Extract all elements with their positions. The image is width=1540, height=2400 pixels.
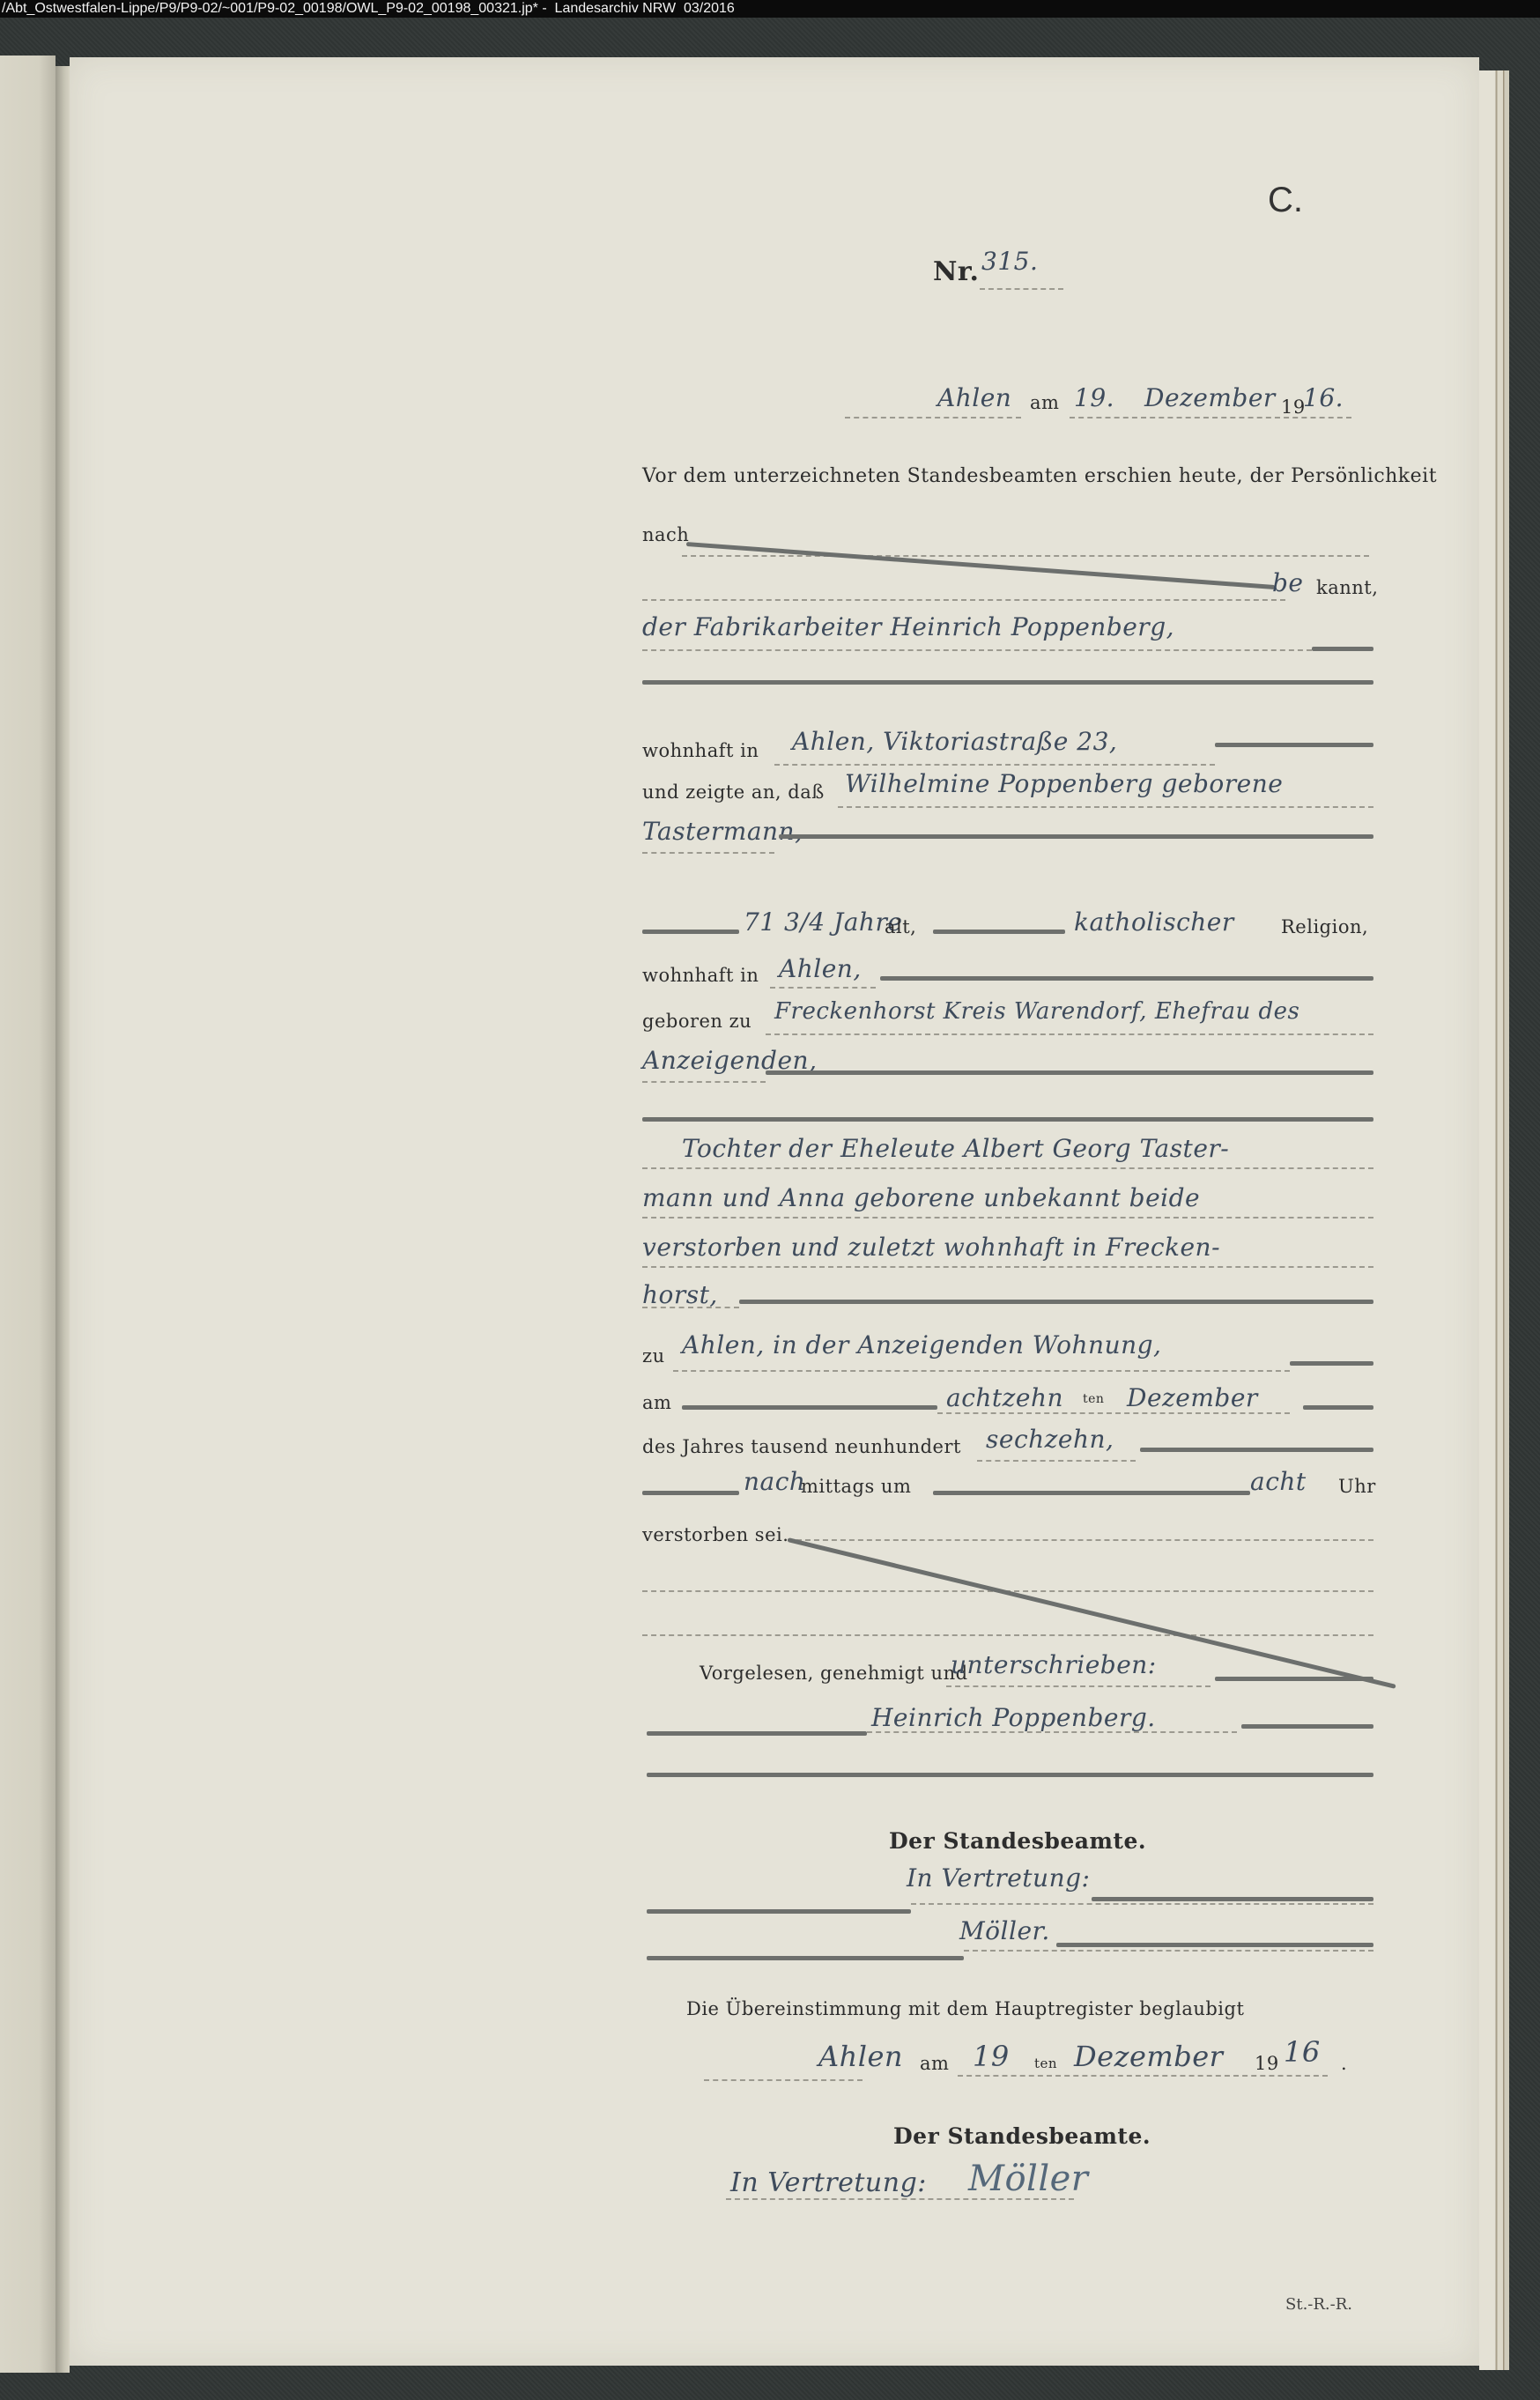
cert-year-suffix: 16 xyxy=(1284,2035,1321,2069)
parents-line3: verstorben und zuletzt wohnhaft in Freck… xyxy=(642,1233,1220,1262)
am2-label: am xyxy=(642,1392,671,1413)
cert-month: Dezember xyxy=(1074,2040,1223,2073)
cert-year-prefix: 19 xyxy=(1255,2053,1279,2074)
official-signature: Möller. xyxy=(959,1916,1050,1945)
fill-line xyxy=(682,1405,937,1410)
book-gutter xyxy=(56,66,70,2373)
fill-line xyxy=(1312,647,1373,651)
death-record-form: Nr. 315. Ahlen am 19. Dezember 19 16. Vo… xyxy=(633,57,1373,2366)
dotted-line xyxy=(642,1634,1373,1636)
dotted-line xyxy=(788,1539,1373,1541)
form-code: St.-R.-R. xyxy=(1285,2295,1352,2314)
zeigte-an-label: und zeigte an, daß xyxy=(642,781,825,803)
fill-line xyxy=(642,680,1373,685)
vertretung: In Vertretung: xyxy=(907,1863,1090,1893)
age-hand: 71 3/4 Jahre xyxy=(744,907,902,937)
dotted-line xyxy=(766,1033,1373,1035)
cert-ten: ten xyxy=(1034,2056,1057,2071)
vertretung2: In Vertretung: xyxy=(730,2167,927,2198)
parents-line4: horst, xyxy=(642,1280,718,1309)
fill-line xyxy=(647,1909,911,1914)
page-stack-edge xyxy=(1479,70,1509,2370)
dotted-line xyxy=(867,1731,1237,1733)
fill-line xyxy=(880,976,1373,981)
dotted-line xyxy=(642,1167,1373,1169)
strike-through-line xyxy=(686,542,1276,589)
dotted-line xyxy=(937,1412,1290,1414)
header-place: Ahlen xyxy=(937,383,1011,412)
certification-line: Die Übereinstimmung mit dem Hauptregiste… xyxy=(686,1998,1244,2019)
dotted-line xyxy=(704,2079,863,2081)
wohnhaft2-label: wohnhaft in xyxy=(642,965,759,986)
fill-line xyxy=(933,930,1065,934)
dotted-line xyxy=(770,987,876,989)
nach-label: nach xyxy=(642,524,689,545)
fill-line xyxy=(739,1300,1373,1304)
dotted-line xyxy=(642,1307,739,1308)
fill-line xyxy=(647,1956,964,1960)
dotted-line xyxy=(964,1950,1373,1952)
verstorben-label: verstorben sei. xyxy=(642,1524,789,1545)
alt-label: alt, xyxy=(885,916,916,937)
death-month: Dezember xyxy=(1127,1383,1258,1412)
intro-line: Vor dem unterzeichneten Standesbeamten e… xyxy=(642,465,1437,487)
religion-hand: katholischer xyxy=(1074,907,1234,937)
fill-line xyxy=(933,1491,1250,1495)
header-day: 19. xyxy=(1074,383,1114,412)
dotted-line xyxy=(726,2198,1074,2200)
bekannt-hand: be xyxy=(1272,568,1304,597)
bekannt-print: kannt, xyxy=(1316,577,1378,598)
am-label: am xyxy=(1030,392,1059,413)
fill-line xyxy=(1092,1897,1373,1901)
fill-line xyxy=(766,1070,1373,1075)
cert-place: Ahlen xyxy=(818,2040,903,2073)
fill-line xyxy=(1241,1724,1373,1729)
dotted-line xyxy=(642,649,1312,651)
dotted-line xyxy=(958,2075,1328,2077)
dotted-line xyxy=(642,852,774,854)
jahres-label: des Jahres tausend neunhundert xyxy=(642,1436,961,1457)
uhr-label: Uhr xyxy=(1338,1476,1376,1497)
dotted-line xyxy=(642,1081,766,1083)
dotted-line xyxy=(980,288,1063,290)
number-label: Nr. xyxy=(933,256,979,287)
dotted-line xyxy=(682,555,1369,557)
fill-line xyxy=(642,930,739,934)
informant-name: der Fabrikarbeiter Heinrich Poppenberg, xyxy=(642,612,1174,641)
zu-label: zu xyxy=(642,1345,665,1367)
death-place: Ahlen, in der Anzeigenden Wohnung, xyxy=(682,1330,1161,1359)
dotted-line xyxy=(977,1460,1136,1462)
fill-line xyxy=(1303,1405,1373,1410)
fill-line xyxy=(779,834,1373,839)
time-prefix: nach xyxy=(744,1467,805,1496)
informant-signature: Heinrich Poppenberg. xyxy=(871,1703,1156,1732)
fill-line xyxy=(642,1117,1373,1122)
dotted-line xyxy=(774,764,1215,766)
ten-suffix: ten xyxy=(1083,1392,1104,1406)
religion-label: Religion, xyxy=(1281,916,1368,937)
dotted-line xyxy=(642,599,1285,601)
informant-residence: Ahlen, Viktoriastraße 23, xyxy=(792,727,1117,756)
fill-line xyxy=(647,1731,867,1736)
dotted-line xyxy=(673,1370,1290,1372)
parents-line1: Tochter der Eheleute Albert Georg Taster… xyxy=(682,1134,1229,1163)
deceased-residence: Ahlen, xyxy=(779,954,862,983)
cert-period: . xyxy=(1341,2053,1347,2074)
fill-line xyxy=(1056,1943,1373,1947)
dotted-line xyxy=(946,1685,1211,1687)
fill-line xyxy=(642,1491,739,1495)
fill-line xyxy=(1215,1677,1373,1681)
dotted-line xyxy=(838,806,1373,808)
cert-am: am xyxy=(920,2053,949,2074)
birthplace-line1: Freckenhorst Kreis Warendorf, Ehefrau de… xyxy=(774,998,1299,1025)
record-number: 315. xyxy=(981,247,1038,276)
deceased-name-line1: Wilhelmine Poppenberg geborene xyxy=(845,769,1283,798)
standesbeamte-title2: Der Standesbeamte. xyxy=(893,2123,1151,2149)
dotted-line xyxy=(642,1217,1373,1219)
header-month: Dezember xyxy=(1144,383,1276,412)
dotted-line xyxy=(1070,417,1351,419)
unterschrieben-hand: unterschrieben: xyxy=(951,1650,1157,1679)
fill-line xyxy=(1290,1361,1373,1366)
geboren-label: geboren zu xyxy=(642,1011,751,1032)
cert-day: 19 xyxy=(973,2040,1010,2073)
official-signature2: Möller xyxy=(968,2159,1088,2199)
vorgelesen-label: Vorgelesen, genehmigt und xyxy=(700,1663,968,1684)
left-page-edge xyxy=(0,56,56,2373)
deceased-name-line2: Tastermann, xyxy=(642,817,803,846)
death-year: sechzehn, xyxy=(986,1425,1114,1454)
window-title-bar: /Abt_Ostwestfalen-Lippe/P9/P9-02/~001/P9… xyxy=(0,0,1540,18)
parents-line2: mann und Anna geborene unbekannt beide xyxy=(642,1183,1200,1212)
fill-line xyxy=(1140,1448,1373,1452)
fill-line xyxy=(1215,743,1373,747)
death-day: achtzehn xyxy=(946,1383,1063,1412)
header-year-suffix: 16. xyxy=(1303,383,1344,412)
fill-line xyxy=(647,1773,1373,1777)
death-hour: acht xyxy=(1250,1467,1307,1496)
wohnhaft-label: wohnhaft in xyxy=(642,740,759,761)
dotted-line xyxy=(845,417,1021,419)
dotted-line xyxy=(911,1903,1373,1905)
header-year-prefix: 19 xyxy=(1281,396,1306,418)
dotted-line xyxy=(642,1266,1373,1268)
register-page: C. Nr. 315. Ahlen am 19. Dezember 19 16.… xyxy=(70,57,1479,2366)
standesbeamte-title: Der Standesbeamte. xyxy=(889,1828,1146,1854)
mittags-label: mittags um xyxy=(801,1476,911,1497)
